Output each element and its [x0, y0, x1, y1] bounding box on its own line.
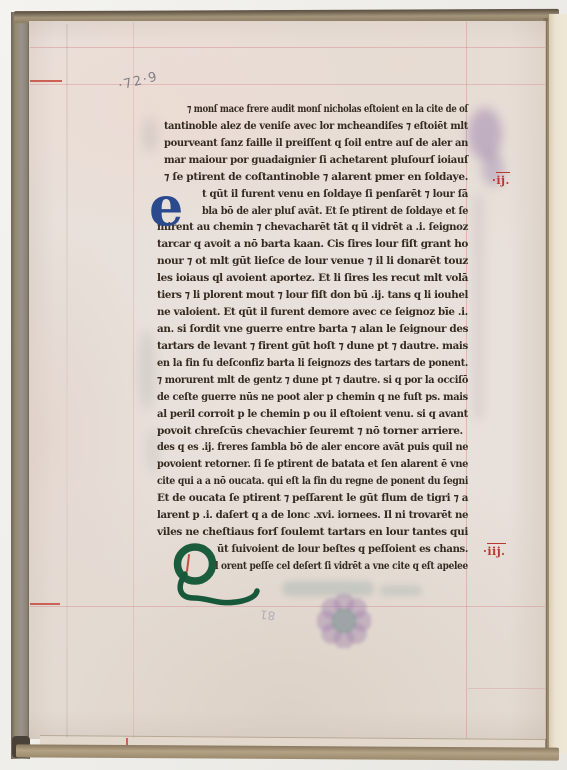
manuscript-line: al peril corroit p le chemin p ou il eſt…: [157, 406, 468, 422]
verso-script-ghost-2: [380, 585, 422, 596]
manuscript-line: de ceſte guerre nūs ne poot aler p chemi…: [157, 389, 468, 405]
chapter-numeral-iij: ·iij.: [483, 543, 506, 558]
ruling-line-top-2: [30, 84, 545, 85]
verso-border-ghost: [474, 195, 483, 420]
illuminated-initial-e: e: [149, 179, 183, 233]
manuscript-line: cite qui a a nō oucata. qui eſt la fin d…: [157, 473, 468, 489]
manuscript-line: des q es .ij. freres ſambla bō de aler e…: [157, 439, 468, 455]
margin-ghost-2: [138, 330, 156, 410]
chapter-numeral-ij: ·ij.: [492, 172, 510, 187]
manuscript-line: Et de oucata ſe ptirent ⁊ peſſarent le g…: [157, 490, 468, 506]
manuscript-line: les ioiaus ql avoient aportez. Et li ſir…: [157, 270, 468, 286]
parchment-crease: [66, 24, 68, 738]
underlying-leaf-edge: [548, 14, 567, 754]
book-board-left-edge: [11, 12, 30, 759]
manuscript-line: pourveant ſanz faille il preiſſent q ſoi…: [164, 135, 468, 151]
pencil-inscription-bottom: 81: [259, 607, 276, 623]
ruling-line-left: [133, 22, 134, 738]
manuscript-line: tiers ⁊ li plorent mout ⁊ lour fiſt don …: [157, 287, 468, 303]
text-block: ⁊ monſ mace frere audit monſ nicholas eſ…: [155, 101, 470, 581]
ruling-line-bottom-1: [30, 606, 545, 607]
ruling-line-top-1: [30, 47, 545, 48]
manuscript-line: ⁊ morurent mlt de gentz ⁊ dune pt ⁊ daut…: [157, 372, 468, 388]
manuscript-line: bla bō de aler pluſ avāt. Et ſe ptirent …: [202, 203, 468, 219]
red-margin-stroke-upper: [30, 80, 62, 82]
rubric-iij: iij.: [487, 543, 505, 558]
manuscript-line: tartars de levant ⁊ firent gūt hoſt ⁊ du…: [157, 338, 468, 354]
ruling-line-bottom-2: [468, 688, 545, 689]
manuscript-line: ⁊ ſe ptirent de coſtantinoble ⁊ alarent …: [164, 169, 468, 185]
manuscript-line: tarcar q avoit a nō barta kaan. Cis ſire…: [157, 236, 468, 252]
manuscript-line: ne valoient. Et qūt il furent demore ave…: [157, 304, 468, 320]
manuscript-line: ⁊ monſ mace frere audit monſ nicholas eſ…: [187, 101, 468, 117]
manuscript-line: mirent au chemin ⁊ chevacharēt tāt q il …: [157, 219, 468, 235]
manuscript-line: tantinoble alez de veniſe avec lor mchea…: [164, 118, 468, 134]
manuscript-line: t qūt il furent venu en ſoldaye ſi penſa…: [202, 186, 468, 202]
manuscript-line: povoit chreſcūs chevachier ſeuremt ⁊ nō …: [157, 423, 463, 439]
manuscript-line: en la fin fu deſconfiz barta li ſeignozs…: [157, 355, 468, 371]
manuscript-line: mar maiour por guadaignier ſi achetarent…: [164, 152, 468, 168]
verso-stamp-rosette: [317, 594, 371, 648]
manuscript-line: an. si ſordit vne guerre entre barta ⁊ a…: [157, 321, 468, 337]
red-margin-stroke-lower: [30, 603, 60, 605]
manuscript-line: larent p .i. daſert q a de lonc .xvi. io…: [157, 507, 468, 523]
illuminated-initial-q: [168, 540, 280, 612]
manuscript-line: povoient retorner. ſi ſe ptirent de bata…: [157, 456, 468, 472]
rubric-ij: ij.: [496, 172, 510, 187]
manuscript-line: nour ⁊ ot mlt gūt lieſce de lour venue ⁊…: [157, 253, 468, 269]
book-board-bottom-edge: [16, 744, 559, 760]
manuscript-photo: ⁊ monſ mace frere audit monſ nicholas eſ…: [0, 0, 567, 770]
manuscript-line: viles ne cheſtiaus forſ ſoulemt tartars …: [157, 524, 468, 540]
